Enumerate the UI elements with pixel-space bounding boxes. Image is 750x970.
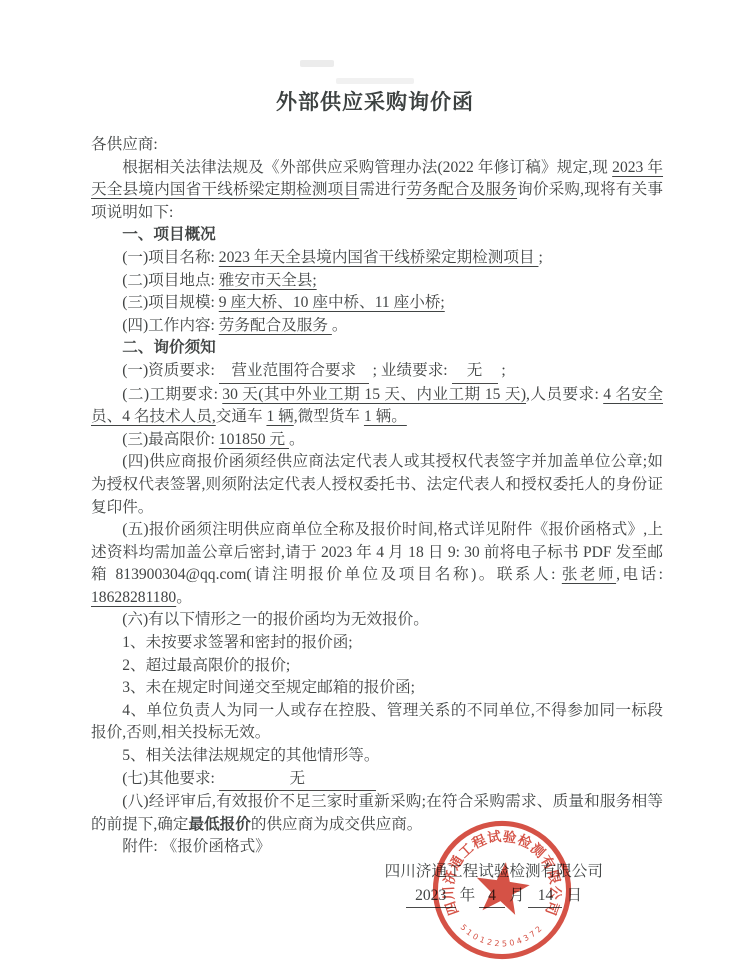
text-segment: 各供应商: [91, 136, 158, 153]
text-segment: 交通车 [216, 408, 267, 425]
text-segment: 18628281180 [91, 589, 176, 606]
section-2-heading: 二、询价须知 [91, 337, 663, 360]
text-segment: 根据相关法律法规及《外部供应采购管理办法(2022 年修订稿》规定,现 [122, 159, 612, 176]
text-segment: 1 辆 [266, 408, 293, 425]
text-segment: (四)工作内容: [122, 317, 219, 334]
text-segment: 附件: 《报价函格式》 [122, 838, 271, 855]
item-qualification: (一)资质要求: 营业范围符合要求 ; 业绩要求: 无 ; [91, 360, 663, 384]
text-segment: 1、未按要求签署和密封的报价函; [122, 634, 352, 651]
star-icon [472, 858, 532, 916]
item-project-location: (二)项目地点: 雅安市天全县; [91, 270, 663, 293]
item-other-requirements: (七)其他要求: 无 [91, 768, 663, 792]
text-segment: 劳务配合及服务 [407, 181, 517, 198]
invalid-case-2: 2、超过最高限价的报价; [91, 655, 663, 678]
text-segment: 最低报价 [188, 816, 250, 833]
text-segment: (七)其他要求: [122, 770, 219, 787]
text-segment: ,电话: [616, 566, 663, 583]
text-segment: 2023 年天全县境内国省干线桥梁定期检测项目 [219, 249, 539, 266]
item-project-name: (一)项目名称: 2023 年天全县境内国省干线桥梁定期检测项目 ; [91, 247, 663, 270]
text-segment: ; [538, 249, 542, 266]
item-invalid-bids: (六)有以下情形之一的报价函均为无效报价。 [91, 609, 663, 632]
text-segment: (一)资质要求: [122, 362, 219, 379]
item-price-limit: (三)最高限价: 101850 元 。 [91, 429, 663, 452]
text-segment: 9 座大桥、10 座中桥、11 座小桥; [219, 294, 445, 311]
text-segment: 营业范围符合要求 [219, 360, 369, 384]
text-segment: 无 [452, 360, 498, 384]
text-segment: ; 业绩要求: [369, 362, 452, 379]
item-project-scale: (三)项目规模: 9 座大桥、10 座中桥、11 座小桥; [91, 292, 663, 315]
text-segment: ,人员要求: [526, 386, 603, 403]
text-segment: 3、未在规定时间递交至规定邮箱的报价函; [122, 679, 415, 696]
text-segment: (二)项目地点: [122, 272, 219, 289]
salutation: 各供应商: [91, 134, 663, 157]
text-segment: 张老师 [562, 566, 616, 583]
scan-artifact [336, 78, 414, 84]
text-segment: 。 [332, 317, 348, 334]
document-body: 各供应商:根据相关法律法规及《外部供应采购管理办法(2022 年修订稿》规定,现… [91, 134, 663, 908]
item-work-content: (四)工作内容: 劳务配合及服务 。 [91, 315, 663, 338]
item-signature-requirement: (四)供应商报价函须经供应商法定代表人或其授权代表签字并加盖单位公章;如为授权代… [91, 451, 663, 519]
section-1-heading: 一、项目概况 [91, 224, 663, 247]
invalid-case-3: 3、未在规定时间递交至规定邮箱的报价函; [91, 677, 663, 700]
scan-artifact [300, 60, 334, 67]
text-segment: 5、相关法律法规规定的其他情形等。 [122, 747, 379, 764]
text-segment: 二、询价须知 [122, 339, 216, 356]
invalid-case-1: 1、未按要求签署和密封的报价函; [91, 632, 663, 655]
text-segment: (二)工期要求: [122, 386, 222, 403]
document-page: 外部供应采购询价函 各供应商:根据相关法律法规及《外部供应采购管理办法(2022… [0, 0, 750, 970]
text-segment: 101850 元 [219, 431, 289, 448]
attachment-line: 附件: 《报价函格式》 [91, 836, 663, 859]
intro-paragraph: 根据相关法律法规及《外部供应采购管理办法(2022 年修订稿》规定,现 2023… [91, 157, 663, 225]
text-segment: 1 辆。 [364, 408, 407, 425]
text-segment: ,微型货车 [294, 408, 364, 425]
text-segment: 4、单位负责人为同一人或存在控股、管理关系的不同单位,不得参加同一标段报价,否则… [91, 702, 663, 742]
text-segment: 雅安市天全县; [219, 272, 317, 289]
item-submission: (五)报价函须注明供应商单位全称及报价时间,格式详见附件《报价函格式》,上述资料… [91, 519, 663, 609]
text-segment: (四)供应商报价函须经供应商法定代表人或其授权代表签字并加盖单位公章;如为授权代… [91, 453, 663, 515]
text-segment: (三)项目规模: [122, 294, 219, 311]
text-segment: (一)项目名称: [122, 249, 219, 266]
text-segment: ; [498, 362, 506, 379]
text-segment: 2、超过最高限价的报价; [122, 657, 290, 674]
text-segment: 劳务配合及服务 [219, 317, 332, 334]
item-schedule: (二)工期要求: 30 天(其中外业工期 15 天、内业工期 15 天),人员要… [91, 384, 663, 429]
company-seal: 四川济通工程试验检测有限公司 5101225043723 [427, 815, 577, 965]
invalid-case-4: 4、单位负责人为同一人或存在控股、管理关系的不同单位,不得参加同一标段报价,否则… [91, 700, 663, 745]
text-segment: 。 [176, 589, 192, 606]
text-segment: 需进行 [359, 181, 406, 198]
text-segment: 无 [219, 768, 376, 792]
item-award-rule: (八)经评审后,有效报价不足三家时重新采购;在符合采购需求、质量和服务相等的前提… [91, 791, 663, 836]
text-segment: 一、项目概况 [122, 226, 216, 243]
page-title: 外部供应采购询价函 [0, 86, 750, 116]
text-segment: (六)有以下情形之一的报价函均为无效报价。 [122, 611, 429, 628]
text-segment: 30 天(其中外业工期 15 天、内业工期 15 天) [222, 386, 526, 403]
text-segment: 。 [289, 431, 305, 448]
text-segment: 的供应商为成交供应商。 [251, 816, 423, 833]
text-segment: (三)最高限价: [122, 431, 219, 448]
invalid-case-5: 5、相关法律法规规定的其他情形等。 [91, 745, 663, 768]
